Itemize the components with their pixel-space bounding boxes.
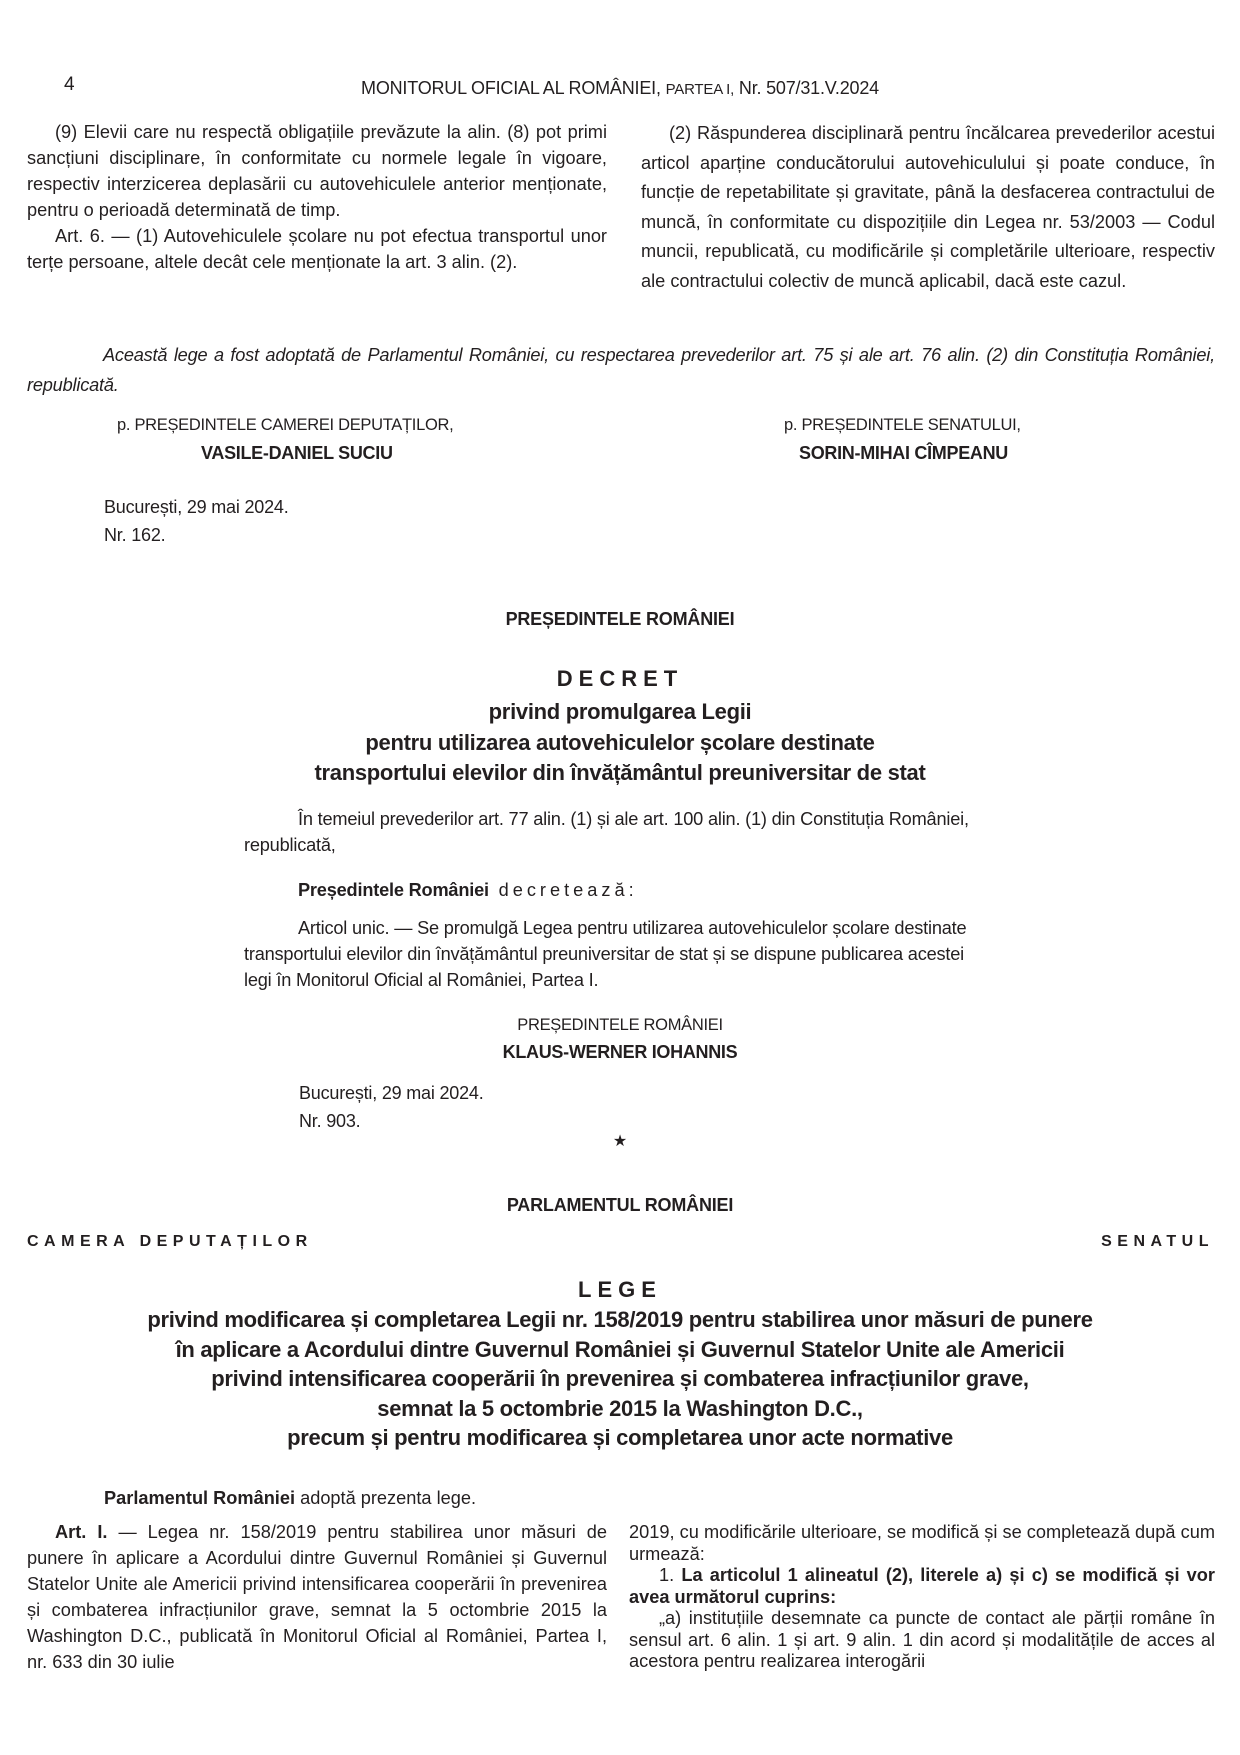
subtitle-line: transportului elevilor din învățământul … [0, 758, 1240, 789]
decree-title: DECRET [0, 666, 1240, 692]
signature-name-left: VASILE-DANIEL SUCIU [201, 443, 393, 464]
running-header: MONITORUL OFICIAL AL ROMÂNIEI, PARTEA I,… [0, 78, 1240, 99]
paragraph: Art. I. — Legea nr. 158/2019 pentru stab… [27, 1519, 607, 1675]
law-subtitle: privind modificarea și completarea Legii… [0, 1305, 1240, 1453]
point-number: 1. [659, 1565, 681, 1585]
article-text: — Legea nr. 158/2019 pentru stabilirea u… [27, 1522, 607, 1672]
decree-issuer: PREȘEDINTELE ROMÂNIEI [0, 609, 1240, 630]
decree-signature-name: KLAUS-WERNER IOHANNIS [0, 1042, 1240, 1063]
signature-role-left: p. PREȘEDINTELE CAMEREI DEPUTAȚILOR, [117, 416, 453, 435]
decree-subtitle: privind promulgarea Legii pentru utiliza… [0, 697, 1240, 789]
place-date: București, 29 mai 2024. [299, 1079, 484, 1107]
decree-formula: Președintele României decretează: [244, 877, 994, 903]
paragraph: 2019, cu modificările ulterioare, se mod… [629, 1522, 1215, 1565]
paragraph: 1. La articolul 1 alineatul (2), literel… [629, 1565, 1215, 1608]
adopts-text: adoptă prezenta lege. [295, 1488, 476, 1508]
adopts-subject: Parlamentul României [104, 1488, 295, 1508]
subtitle-line: precum și pentru modificarea și completa… [0, 1423, 1240, 1453]
paragraph: Președintele României decretează: [244, 877, 994, 903]
subtitle-line: privind intensificarea cooperării în pre… [0, 1364, 1240, 1394]
subtitle-line: pentru utilizarea autovehiculelor școlar… [0, 728, 1240, 759]
law-place-date-block: București, 29 mai 2024. Nr. 162. [104, 493, 289, 549]
adoption-formula: Parlamentul României adoptă prezenta leg… [104, 1488, 476, 1509]
star-separator-icon: ★ [0, 1131, 1240, 1151]
law-left-column: Art. I. — Legea nr. 158/2019 pentru stab… [27, 1519, 607, 1675]
point-heading: La articolul 1 alineatul (2), literele a… [629, 1565, 1215, 1607]
subtitle-line: în aplicare a Acordului dintre Guvernul … [0, 1335, 1240, 1365]
top-left-column: (9) Elevii care nu respectă obligațiile … [27, 119, 607, 275]
decree-article: Articol unic. — Se promulgă Legea pentru… [244, 915, 994, 993]
signature-role-right: p. PREȘEDINTELE SENATULUI, [784, 416, 1021, 435]
paragraph: Art. 6. — (1) Autovehiculele școlare nu … [27, 223, 607, 275]
paragraph: (2) Răspunderea disciplinară pentru încă… [641, 119, 1215, 296]
article-label: Art. I. [55, 1522, 107, 1542]
signature-name-right: SORIN-MIHAI CÎMPEANU [799, 443, 1008, 464]
chamber-deputies-label: CAMERA DEPUTAȚILOR [27, 1233, 313, 1251]
subtitle-line: semnat la 5 octombrie 2015 la Washington… [0, 1394, 1240, 1424]
paragraph: (9) Elevii care nu respectă obligațiile … [27, 119, 607, 223]
law-issuer: PARLAMENTUL ROMÂNIEI [0, 1195, 1240, 1216]
publication-part: PARTEA I, [666, 81, 735, 98]
paragraph: Articol unic. — Se promulgă Legea pentru… [244, 915, 994, 993]
decree-subject: Președintele României [298, 880, 489, 900]
paragraph: „a) instituțiile desemnate ca puncte de … [629, 1608, 1215, 1673]
publication-title: MONITORUL OFICIAL AL ROMÂNIEI, [361, 78, 661, 98]
law-title: LEGE [0, 1277, 1240, 1303]
decree-place-date-block: București, 29 mai 2024. Nr. 903. [299, 1079, 484, 1135]
decree-preamble: În temeiul prevederilor art. 77 alin. (1… [244, 806, 994, 858]
paragraph: În temeiul prevederilor art. 77 alin. (1… [244, 806, 994, 858]
adoption-note: Această lege a fost adoptată de Parlamen… [27, 340, 1215, 400]
subtitle-line: privind modificarea și completarea Legii… [0, 1305, 1240, 1335]
senate-label: SENATUL [1101, 1233, 1214, 1251]
top-right-column: (2) Răspunderea disciplinară pentru încă… [641, 119, 1215, 296]
law-right-column: 2019, cu modificările ulterioare, se mod… [629, 1522, 1215, 1673]
decree-verb: decretează: [499, 880, 638, 900]
subtitle-line: privind promulgarea Legii [0, 697, 1240, 728]
publication-issue: Nr. 507/31.V.2024 [739, 78, 879, 98]
decree-signature-role: PREȘEDINTELE ROMÂNIEI [0, 1016, 1240, 1035]
place-date: București, 29 mai 2024. [104, 493, 289, 521]
document-number: Nr. 162. [104, 521, 289, 549]
